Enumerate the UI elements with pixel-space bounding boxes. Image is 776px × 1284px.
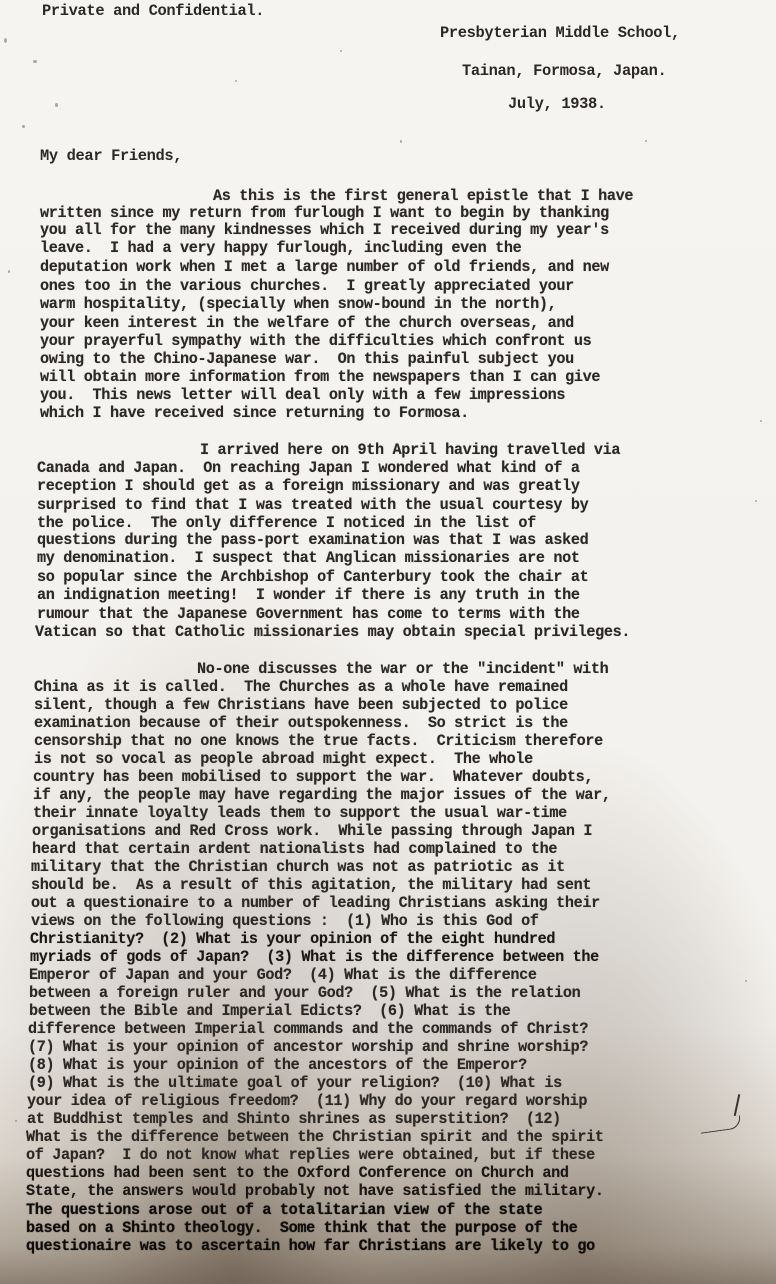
- text-line: I arrived here on 9th April having trave…: [200, 442, 620, 459]
- text-line: examination because of their outspokenne…: [34, 715, 568, 732]
- text-line: based on a Shinto theology. Some think t…: [26, 1220, 577, 1237]
- text-line: reception I should get as a foreign miss…: [37, 478, 580, 495]
- text-line: your keen interest in the welfare of the…: [40, 315, 574, 332]
- text-line: between a foreign ruler and your God? (5…: [29, 985, 580, 1002]
- text-line: is not so vocal as people abroad might e…: [34, 751, 533, 768]
- text-line: surprised to find that I was treated wit…: [37, 497, 588, 514]
- text-line: ones too in the various churches. I grea…: [40, 278, 574, 295]
- text-line: written since my return from furlough I …: [40, 205, 609, 222]
- text-line: country has been mobilised to support th…: [33, 769, 593, 786]
- text-line: (8) What is your opinion of the ancestor…: [28, 1057, 527, 1074]
- text-line: an indignation meeting! I wonder if ther…: [37, 587, 580, 604]
- text-line: if any, the people may have regarding th…: [33, 787, 611, 804]
- text-line: which I have received since returning to…: [40, 405, 469, 422]
- text-line: views on the following questions : (1) W…: [31, 913, 539, 930]
- text-line: their innate loyalty leads them to suppo…: [33, 805, 567, 822]
- text-line: censorship that no one knows the true fa…: [34, 733, 603, 750]
- text-line: should be. As a result of this agitation…: [31, 877, 591, 894]
- text-line: Canada and Japan. On reaching Japan I wo…: [37, 460, 580, 477]
- address-line-2: Tainan, Formosa, Japan.: [462, 63, 666, 80]
- text-line: The questions arose out of a totalitaria…: [26, 1202, 542, 1219]
- text-line: No-one discusses the war or the "inciden…: [197, 661, 608, 678]
- text-line: questions during the pass-port examinati…: [37, 532, 588, 549]
- text-line: out a questionaire to a number of leadin…: [31, 895, 600, 912]
- text-line: silent, though a few Christians have bee…: [34, 697, 568, 714]
- text-line: (9) What is the ultimate goal of your re…: [28, 1075, 562, 1092]
- text-line: heard that certain ardent nationalists h…: [32, 841, 557, 858]
- text-line: of Japan? I do not know what replies wer…: [26, 1147, 595, 1164]
- text-line: (7) What is your opinion of ancestor wor…: [28, 1039, 588, 1056]
- letter-date: July, 1938.: [508, 96, 606, 113]
- text-line: the police. The only difference I notice…: [37, 515, 536, 532]
- text-line: warm hospitality, (specially when snow-b…: [40, 296, 556, 313]
- text-line: Christianity? (2) What is your opinion o…: [30, 931, 555, 948]
- text-line: As this is the first general epistle tha…: [213, 188, 633, 205]
- text-line: deputation work when I met a large numbe…: [40, 259, 609, 276]
- text-line: What is the difference between the Chris…: [26, 1129, 604, 1146]
- text-line: my denomination. I suspect that Anglican…: [37, 550, 580, 567]
- text-line: leave. I had a very happy furlough, incl…: [40, 240, 521, 257]
- text-line: questions had been sent to the Oxford Co…: [26, 1165, 569, 1182]
- address-line-1: Presbyterian Middle School,: [440, 25, 680, 42]
- text-line: between the Bible and Imperial Edicts? (…: [29, 1003, 510, 1020]
- text-line: you. This news letter will deal only wit…: [40, 387, 565, 404]
- confidential-marking: Private and Confidential.: [42, 3, 264, 20]
- text-line: your idea of religious freedom? (11) Why…: [27, 1093, 587, 1110]
- text-line: military that the Christian church was n…: [31, 859, 565, 876]
- text-line: at Buddhist temples and Shinto shrines a…: [27, 1111, 561, 1128]
- text-line: you all for the many kindnesses which I …: [40, 222, 609, 239]
- text-line: myriads of gods of Japan? (3) What is th…: [30, 949, 599, 966]
- text-line: your prayerful sympathy with the difficu…: [40, 333, 591, 350]
- text-line: will obtain more information from the ne…: [40, 369, 600, 386]
- text-line: China as it is called. The Churches as a…: [34, 679, 568, 696]
- text-line: Vatican so that Catholic missionaries ma…: [35, 624, 630, 641]
- text-line: owing to the Chino-Japanese war. On this…: [40, 351, 574, 368]
- text-line: so popular since the Archbishop of Cante…: [37, 569, 588, 586]
- text-line: State, the answers would probably not ha…: [26, 1183, 604, 1200]
- text-line: difference between Imperial commands and…: [28, 1021, 588, 1038]
- text-line: Emperor of Japan and your God? (4) What …: [29, 967, 537, 984]
- text-line: questionaire was to ascertain how far Ch…: [26, 1238, 595, 1255]
- text-line: organisations and Red Cross work. While …: [32, 823, 592, 840]
- salutation: My dear Friends,: [40, 148, 182, 165]
- text-line: rumour that the Japanese Government has …: [37, 606, 580, 623]
